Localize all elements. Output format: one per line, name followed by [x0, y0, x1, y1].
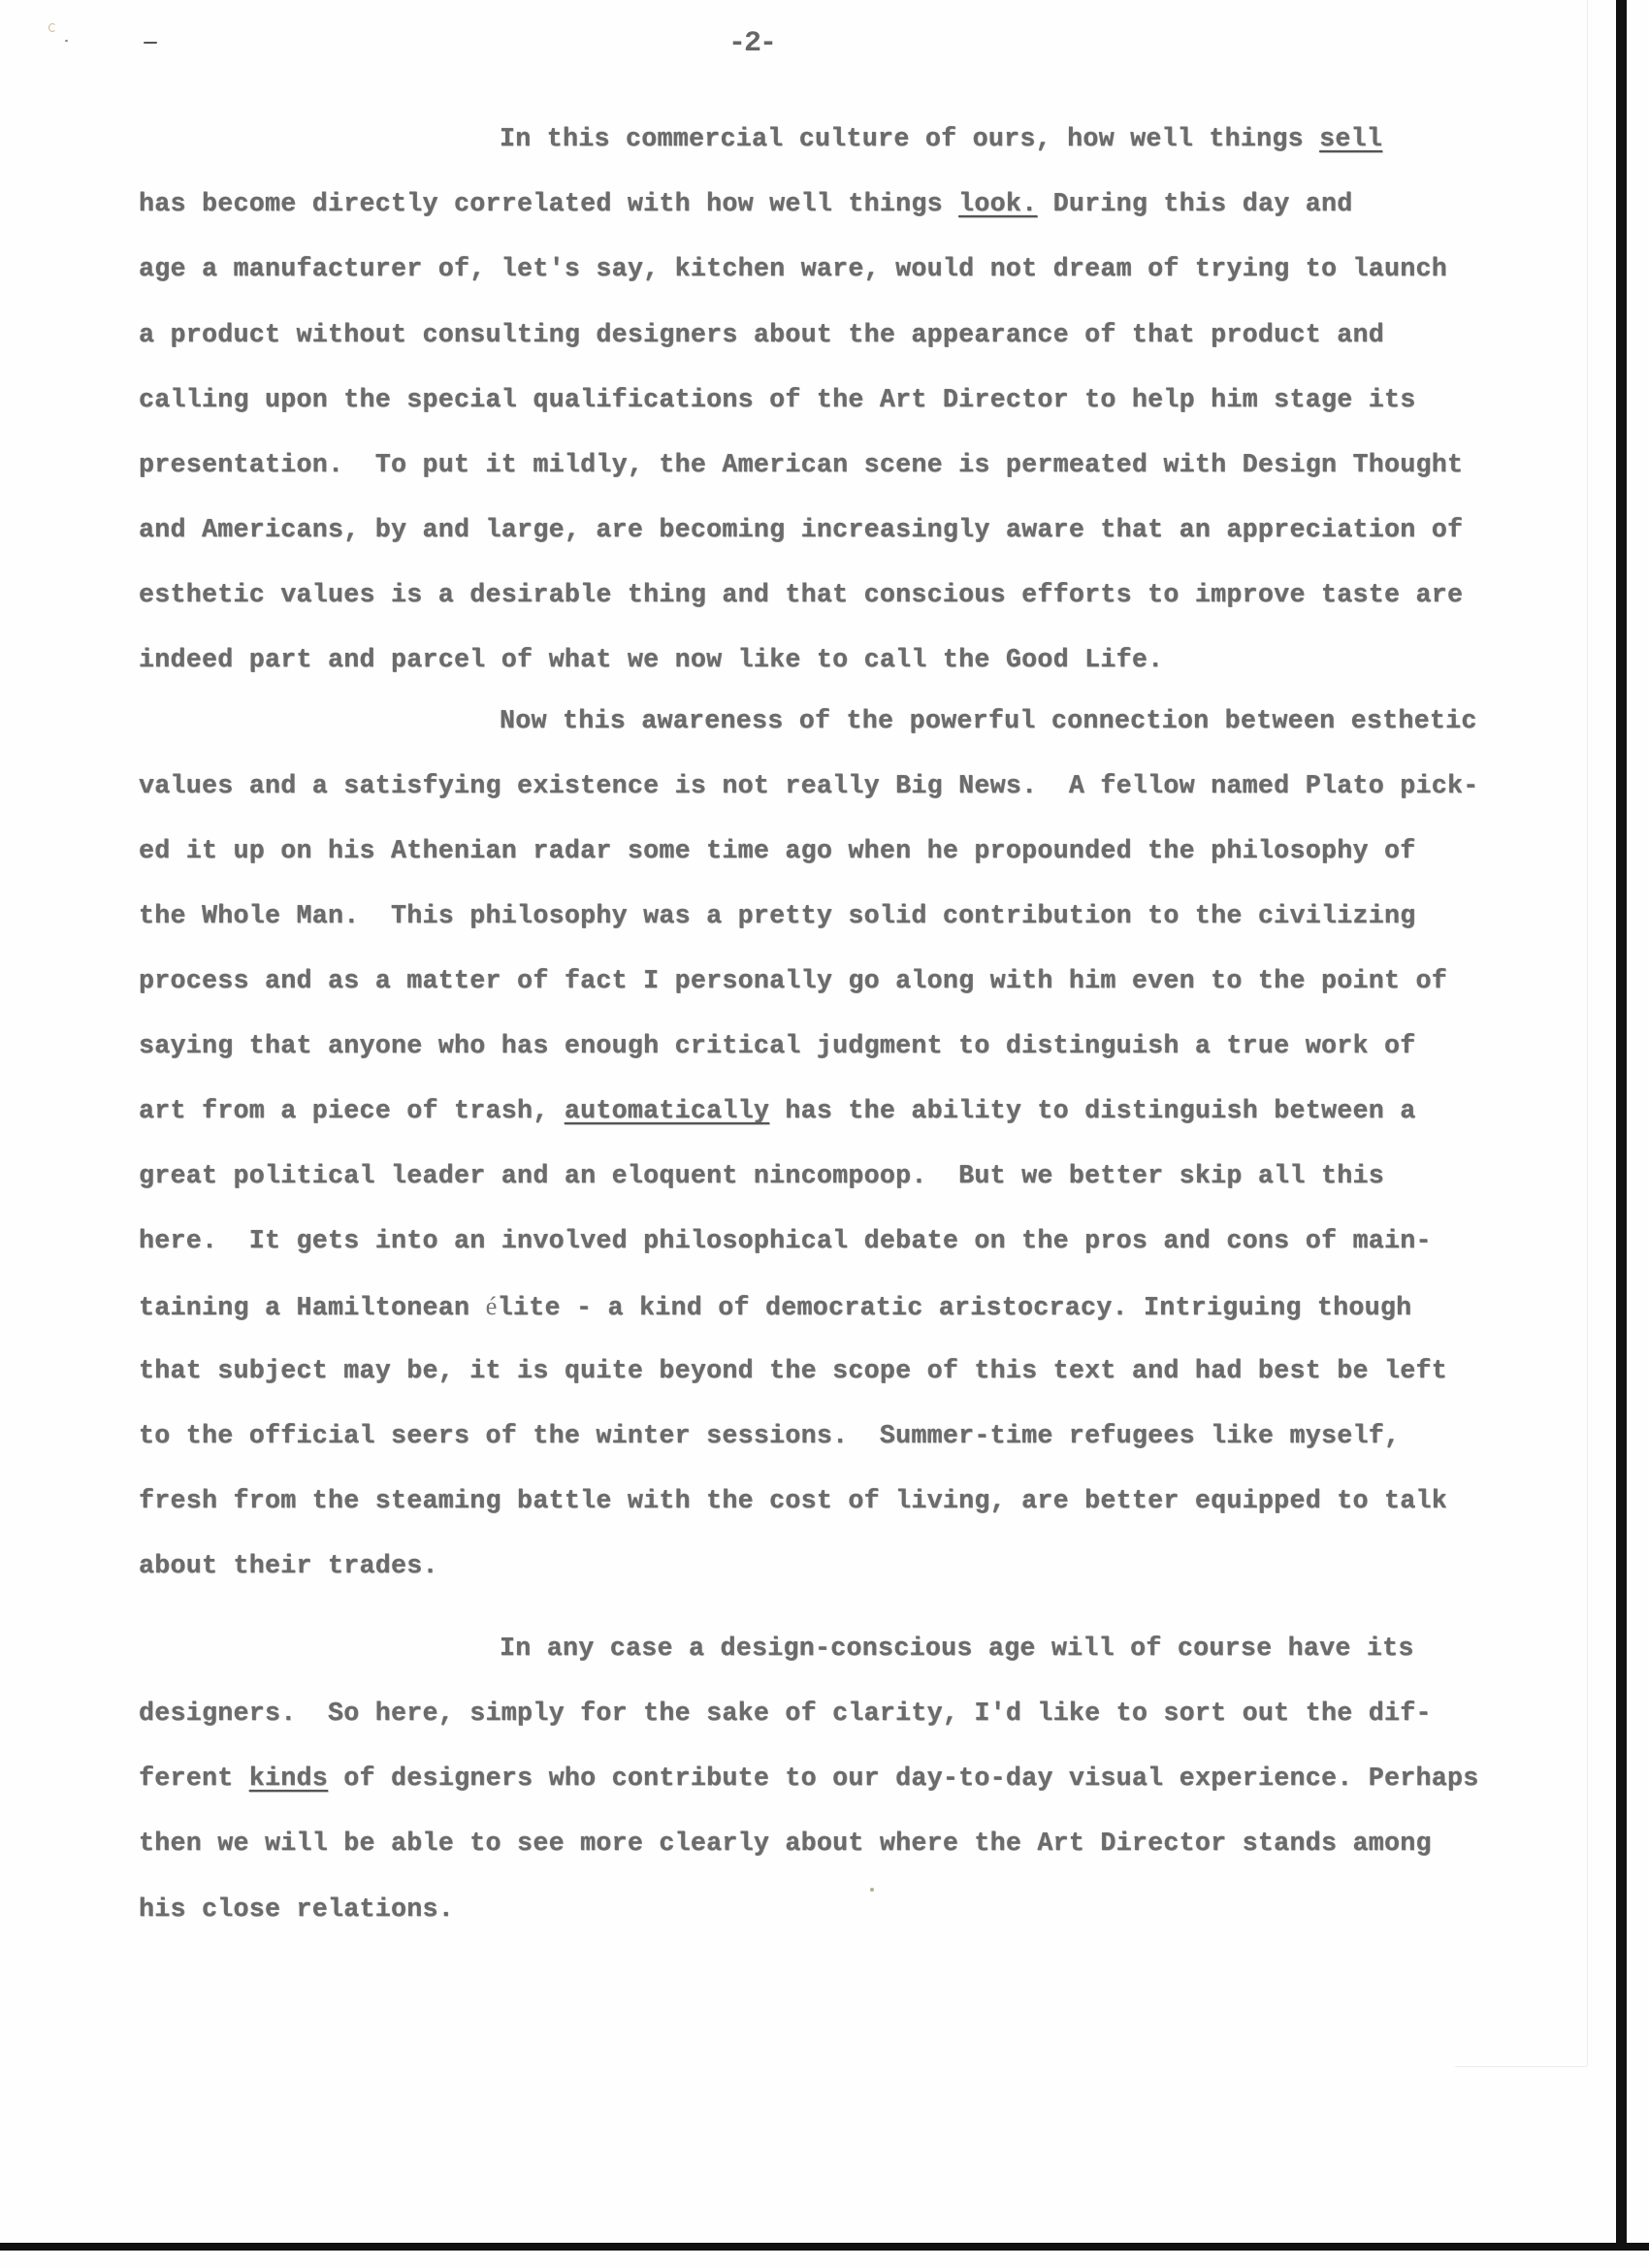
text-line: has become directly correlated with how …: [139, 187, 1352, 220]
scan-edge-bottom: [0, 2243, 1649, 2251]
text-line: presentation. To put it mildly, the Amer…: [139, 448, 1463, 481]
text-line: that subject may be, it is quite beyond …: [139, 1354, 1447, 1387]
paper-fold-line-bottom: [1455, 2066, 1587, 2067]
text-line: process and as a matter of fact I person…: [139, 964, 1447, 997]
line-text: In this commercial culture of ours, how …: [500, 124, 1319, 153]
line-text: of designers who contribute to our day-t…: [328, 1764, 1478, 1793]
text-line: saying that anyone who has enough critic…: [139, 1029, 1415, 1062]
line-text: taining a Hamiltonean: [139, 1293, 486, 1322]
text-line: calling upon the special qualifications …: [139, 383, 1415, 416]
text-line: then we will be able to see more clearly…: [139, 1827, 1432, 1860]
page-number: -2-: [723, 27, 781, 60]
text-line: In any case a design-conscious age will …: [500, 1632, 1414, 1665]
text-line: Now this awareness of the powerful conne…: [500, 704, 1477, 737]
text-line: designers. So here, simply for the sake …: [139, 1697, 1432, 1730]
margin-dash: [144, 42, 157, 44]
line-text: lite - a kind of democratic aristocracy.…: [498, 1293, 1412, 1322]
text-line: about their trades.: [139, 1549, 438, 1582]
scan-speck: [65, 40, 68, 42]
text-line: a product without consulting designers a…: [139, 318, 1384, 351]
text-line: indeed part and parcel of what we now li…: [139, 643, 1163, 676]
text-line: fresh from the steaming battle with the …: [139, 1484, 1447, 1517]
text-line: In this commercial culture of ours, how …: [500, 122, 1382, 155]
text-line: and Americans, by and large, are becomin…: [139, 513, 1463, 546]
underlined-word: automatically: [565, 1096, 769, 1125]
text-line: age a manufacturer of, let's say, kitche…: [139, 252, 1447, 285]
text-line: ed it up on his Athenian radar some time…: [139, 834, 1415, 867]
line-text: has the ability to distinguish between a: [769, 1096, 1415, 1125]
scan-speck: [870, 1888, 874, 1892]
text-line: here. It gets into an involved philosoph…: [139, 1224, 1432, 1257]
text-line: values and a satisfying existence is not…: [139, 769, 1478, 802]
text-line: art from a piece of trash, automatically…: [139, 1094, 1415, 1127]
accented-letter: é: [486, 1291, 498, 1320]
text-line: taining a Hamiltonean élite - a kind of …: [139, 1289, 1411, 1324]
typewritten-page: -2- In this commercial culture of ours, …: [0, 0, 1649, 2268]
text-line: his close relations.: [139, 1893, 454, 1926]
line-text: ferent: [139, 1764, 249, 1793]
line-text: has become directly correlated with how …: [139, 189, 958, 218]
paper-fold-line: [1587, 0, 1588, 2066]
corner-mark: [48, 23, 56, 32]
underlined-word: kinds: [249, 1764, 328, 1793]
text-line: the Whole Man. This philosophy was a pre…: [139, 899, 1415, 932]
scan-edge-right: [1616, 0, 1627, 2249]
underlined-word: sell: [1319, 124, 1382, 153]
line-text: art from a piece of trash,: [139, 1096, 565, 1125]
text-line: ferent kinds of designers who contribute…: [139, 1762, 1479, 1795]
text-line: to the official seers of the winter sess…: [139, 1419, 1400, 1452]
underlined-word: look.: [958, 189, 1037, 218]
text-line: great political leader and an eloquent n…: [139, 1159, 1384, 1192]
text-line: esthetic values is a desirable thing and…: [139, 578, 1463, 611]
line-text: During this day and: [1037, 189, 1352, 218]
